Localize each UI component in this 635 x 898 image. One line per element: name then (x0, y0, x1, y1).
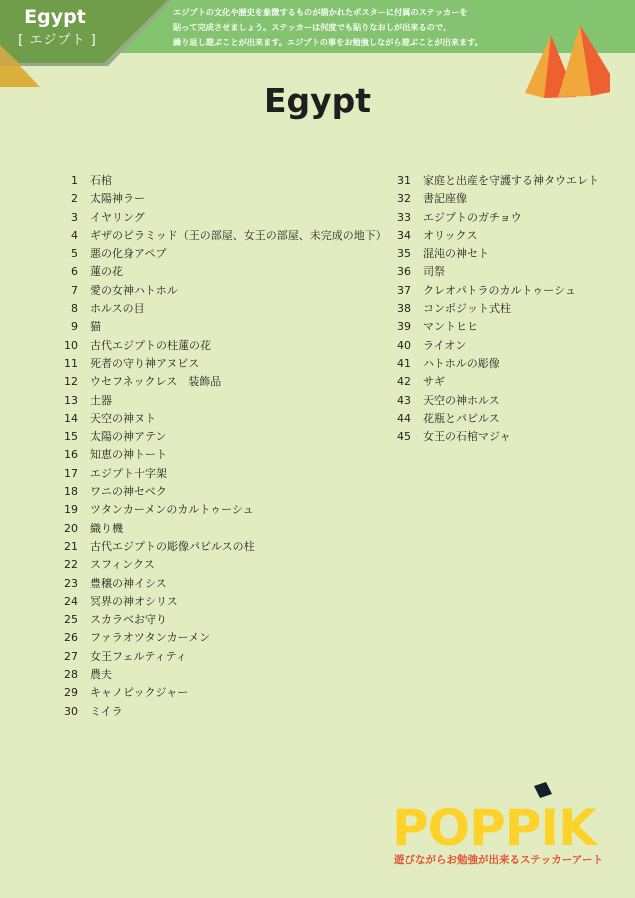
list-item: 27女王フェルティティ (52, 648, 387, 666)
list-item: 19ツタンカーメンのカルトゥーシュ (52, 501, 387, 519)
list-item: 18ワニの神セベク (52, 483, 387, 501)
list-item: 1石棺 (52, 172, 387, 190)
header-title: Egypt (0, 6, 110, 28)
list-item: 3イヤリング (52, 209, 387, 227)
list-item: 42サギ (385, 373, 599, 391)
list-item: 44花瓶とパピルス (385, 410, 599, 428)
list-item: 20織り機 (52, 520, 387, 538)
list-item: 16知恵の神トート (52, 446, 387, 464)
description-line: エジプトの文化や歴史を象徴するものが描かれたポスターに付属のステッカーを (173, 5, 513, 20)
list-item: 17エジプト十字架 (52, 465, 387, 483)
list-item: 45女王の石棺マジャ (385, 428, 599, 446)
list-item: 12ウセフネックレス 装飾品 (52, 373, 387, 391)
list-item: 8ホルスの目 (52, 300, 387, 318)
list-item: 28農夫 (52, 666, 387, 684)
list-item: 10古代エジプトの柱蓮の花 (52, 337, 387, 355)
list-item: 23豊穣の神イシス (52, 575, 387, 593)
list-item: 41ハトホルの彫像 (385, 355, 599, 373)
page-title: Egypt (0, 78, 635, 124)
list-item: 40ライオン (385, 337, 599, 355)
poppik-logo: POPPIK (392, 800, 596, 856)
list-item: 14天空の神ヌト (52, 410, 387, 428)
list-item: 24冥界の神オシリス (52, 593, 387, 611)
list-item: 36司祭 (385, 263, 599, 281)
list-item: 29キャノピックジャー (52, 684, 387, 702)
list-item: 25スカラベお守り (52, 611, 387, 629)
sticker-list-left: 1石棺 2太陽神ラー 3イヤリング 4ギザのピラミッド（王の部屋、女王の部屋、未… (52, 172, 387, 721)
list-item: 15太陽の神アテン (52, 428, 387, 446)
list-item: 11死者の守り神アヌビス (52, 355, 387, 373)
list-item: 6蓮の花 (52, 263, 387, 281)
list-item: 39マントヒヒ (385, 318, 599, 336)
list-item: 33エジプトのガチョウ (385, 209, 599, 227)
list-item: 26ファラオツタンカーメン (52, 629, 387, 647)
list-item: 22スフィンクス (52, 556, 387, 574)
list-item: 34オリックス (385, 227, 599, 245)
list-item: 9猫 (52, 318, 387, 336)
list-item: 43天空の神ホルス (385, 392, 599, 410)
sticker-list-right: 31家庭と出産を守護する神タウエレト 32書記座像 33エジプトのガチョウ 34… (385, 172, 599, 446)
header-subtitle: [ エジプト ] (0, 33, 115, 48)
list-item: 7愛の女神ハトホル (52, 282, 387, 300)
list-item: 4ギザのピラミッド（王の部屋、女王の部屋、未完成の地下） (52, 227, 387, 245)
list-item: 30ミイラ (52, 703, 387, 721)
list-item: 31家庭と出産を守護する神タウエレト (385, 172, 599, 190)
list-item: 21古代エジプトの彫像パピルスの柱 (52, 538, 387, 556)
list-item: 35混沌の神セト (385, 245, 599, 263)
description-line: 貼って完成させましょう。ステッカーは何度でも貼りなおしが出来るので、 (173, 20, 513, 35)
list-item: 38コンポジット式柱 (385, 300, 599, 318)
list-item: 13土器 (52, 392, 387, 410)
header-description: エジプトの文化や歴史を象徴するものが描かれたポスターに付属のステッカーを 貼って… (173, 5, 513, 50)
list-item: 5悪の化身アペプ (52, 245, 387, 263)
list-item: 37クレオパトラのカルトゥーシュ (385, 282, 599, 300)
list-item: 32書記座像 (385, 190, 599, 208)
list-item: 2太陽神ラー (52, 190, 387, 208)
description-line: 繰り返し遊ぶことが出来ます。エジプトの事をお勉強しながら遊ぶことが出来ます。 (173, 35, 513, 50)
logo-tagline: 遊びながらお勉強が出来るステッカーアート (394, 852, 603, 867)
